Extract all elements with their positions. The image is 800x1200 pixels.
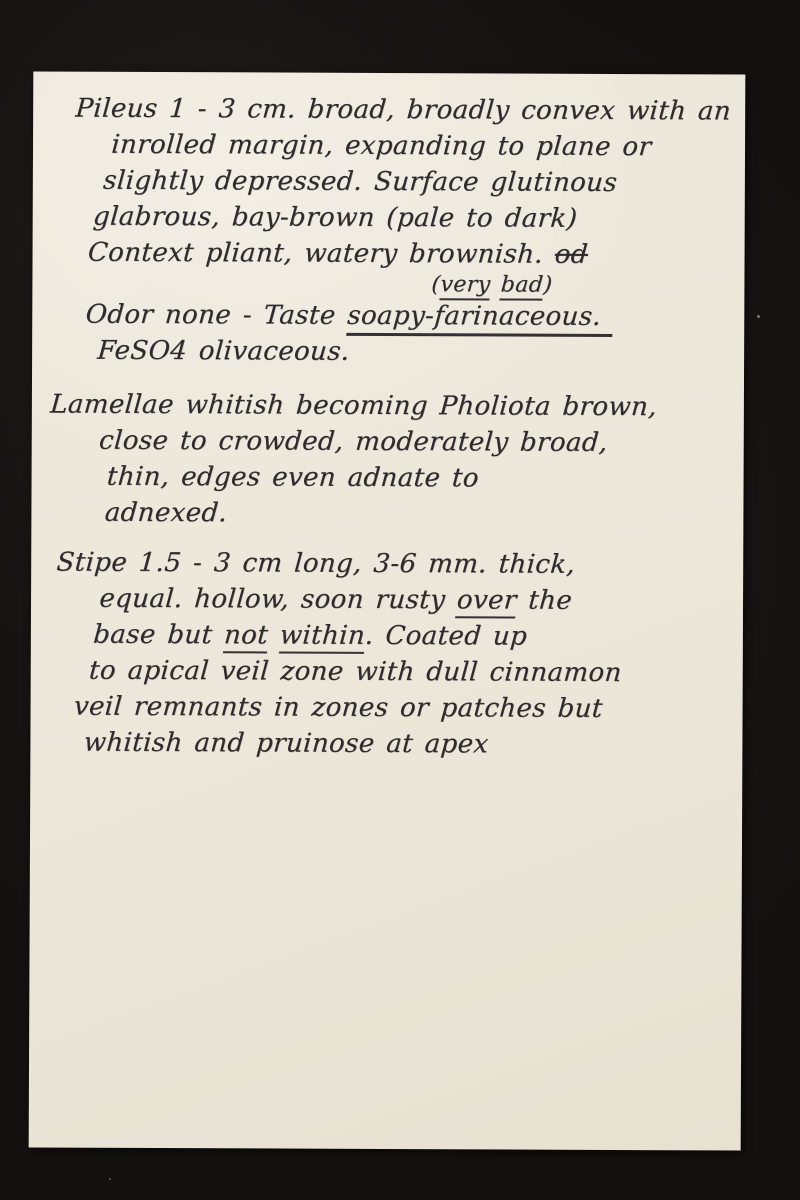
text-segment: equal. hollow, soon rusty xyxy=(98,584,458,616)
text-segment: thin, edges even adnate to xyxy=(106,462,480,494)
note-line-lamellae: adnexed. xyxy=(103,497,746,536)
note-line-pileus: slightly depressed. Surface glutinous xyxy=(102,165,748,204)
note-line-stipe: whitish and pruinose at apex xyxy=(82,727,745,766)
text-segment: Context pliant, watery brownish. xyxy=(87,238,556,270)
handwritten-note: Pileus 1 - 3 cm. broad, broadly convex w… xyxy=(29,71,746,1150)
note-line-pileus: Pileus 1 - 3 cm. broad, broadly convex w… xyxy=(74,93,748,132)
text-segment: . Coated up xyxy=(364,621,528,652)
note-line-stipe: Stipe 1.5 - 3 cm long, 3-6 mm. thick, xyxy=(55,547,746,586)
note-line-pileus: glabrous, bay-brown (pale to dark) xyxy=(92,201,748,240)
note-line-stipe: equal. hollow, soon rusty over the xyxy=(98,583,746,622)
note-line-pileus: Context pliant, watery brownish. od xyxy=(86,237,747,276)
text-segment: FeSO4 olivaceous. xyxy=(96,336,350,367)
underlined-word: bad xyxy=(500,272,545,300)
text-segment: Pileus 1 - 3 cm. broad, broadly convex w… xyxy=(74,94,732,127)
text-segment: inrolled margin, expanding to plane or xyxy=(110,130,652,162)
underlined-word: within xyxy=(279,621,367,654)
underlined-word: not xyxy=(223,620,269,653)
note-line-pileus: Odor none - Taste soapy-farinaceous. xyxy=(84,299,747,338)
text-segment: the xyxy=(516,586,574,616)
text-segment: base but xyxy=(92,620,225,651)
text-segment: Odor none - Taste xyxy=(85,300,349,331)
text-segment: close to crowded, moderately broad, xyxy=(98,426,609,458)
text-segment: veil remnants in zones or patches but xyxy=(73,692,604,724)
text-segment: Lamellae whitish becoming Pholiota brown… xyxy=(49,390,658,423)
note-line-pileus: inrolled margin, expanding to plane or xyxy=(110,129,748,168)
struck-word: od xyxy=(554,240,589,270)
black-felt-background: Pileus 1 - 3 cm. broad, broadly convex w… xyxy=(0,0,800,1200)
text-segment: adnexed. xyxy=(104,498,229,529)
felt-speck xyxy=(109,1178,111,1180)
note-line-pileus: (very bad) xyxy=(430,274,746,301)
note-lines: Pileus 1 - 3 cm. broad, broadly convex w… xyxy=(30,92,745,765)
note-line-pileus: FeSO4 olivaceous. xyxy=(96,335,747,374)
text-segment: ) xyxy=(542,273,553,298)
text-segment: slightly depressed. Surface glutinous xyxy=(102,166,618,198)
note-line-stipe: veil remnants in zones or patches but xyxy=(72,691,745,730)
note-line-lamellae: thin, edges even adnate to xyxy=(105,461,746,500)
text-segment: whitish and pruinose at apex xyxy=(83,728,490,760)
index-card: Pileus 1 - 3 cm. broad, broadly convex w… xyxy=(29,71,746,1150)
underlined-word: over xyxy=(456,585,518,618)
note-line-lamellae: Lamellae whitish becoming Pholiota brown… xyxy=(49,389,747,428)
underlined-word: very xyxy=(439,272,491,300)
note-line-lamellae: close to crowded, moderately broad, xyxy=(98,425,747,464)
underlined-word: soapy-farinaceous. xyxy=(346,301,614,337)
text-segment: to apical veil zone with dull cinnamon xyxy=(88,656,623,688)
note-line-stipe: to apical veil zone with dull cinnamon xyxy=(88,655,746,694)
text-segment: glabrous, bay-brown (pale to dark) xyxy=(92,202,578,234)
text-segment: Stipe 1.5 - 3 cm long, 3-6 mm. thick, xyxy=(55,548,576,580)
felt-speck xyxy=(757,315,760,318)
note-line-stipe: base but not within. Coated up xyxy=(92,619,746,658)
